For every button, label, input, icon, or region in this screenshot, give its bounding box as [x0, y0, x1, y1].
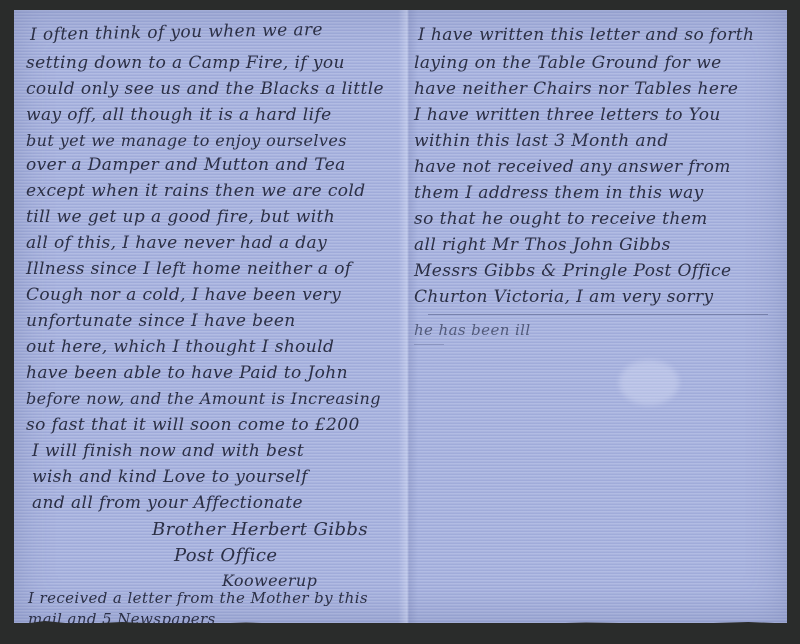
postscript-line-2: mail and 5 Newspapers — [28, 610, 216, 628]
right-line-4: I have written three letters to You — [414, 105, 721, 125]
right-line-11: Churton Victoria, I am very sorry — [414, 287, 714, 307]
ruled-divider — [428, 314, 768, 315]
right-line-5: within this last 3 Month and — [414, 131, 669, 151]
right-line-2-text: laying on the Table Ground for we — [414, 53, 722, 73]
left-line-1: I often think of you when we are — [30, 20, 323, 45]
right-line-7: them I address them in this way — [414, 183, 704, 203]
left-line-6: over a Damper and Mutton and Tea — [26, 155, 346, 175]
signature-address-2: Kooweerup — [222, 571, 317, 590]
left-line-3: could only see us and the Blacks a littl… — [26, 79, 384, 99]
letter-paper: I often think of you when we are setting… — [14, 10, 787, 623]
right-line-2: laying on the Table Ground for we — [414, 53, 722, 73]
left-line-2: setting down to a Camp Fire, if you — [26, 53, 345, 73]
left-line-11: Cough nor a cold, I have been very — [26, 285, 341, 305]
left-line-16: so fast that it will soon come to £200 — [26, 415, 360, 435]
center-fold — [398, 10, 418, 623]
left-line-14: have been able to have Paid to John — [26, 363, 348, 383]
left-line-9: all of this, I have never had a day — [26, 233, 327, 253]
signature-closing: Brother Herbert Gibbs — [152, 519, 368, 540]
right-line-12: he has been ill — [414, 321, 531, 339]
left-line-18: wish and kind Love to yourself — [32, 467, 308, 487]
left-line-13: out here, which I thought I should — [26, 337, 334, 357]
right-line-9: all right Mr Thos John Gibbs — [414, 235, 671, 255]
right-line-6: have not received any answer from — [414, 157, 731, 177]
right-line-1: I have written this letter and so forth — [418, 25, 754, 45]
ruled-dash — [414, 344, 444, 345]
left-line-4: way off, all though it is a hard life — [26, 105, 332, 125]
right-line-8: so that he ought to receive them — [414, 209, 708, 229]
paper-stain — [619, 360, 679, 405]
left-line-17: I will finish now and with best — [32, 441, 304, 461]
right-line-10: Messrs Gibbs & Pringle Post Office — [414, 261, 731, 281]
left-line-5: but yet we manage to enjoy ourselves — [26, 131, 347, 150]
left-line-19: and all from your Affectionate — [32, 493, 303, 513]
right-line-3: have neither Chairs nor Tables here — [414, 79, 738, 99]
signature-address-1: Post Office — [174, 545, 277, 566]
left-line-10: Illness since I left home neither a of — [26, 259, 352, 279]
left-line-7: except when it rains then we are cold — [26, 181, 366, 201]
left-line-15: before now, and the Amount is Increasing — [26, 389, 381, 408]
left-line-8: till we get up a good fire, but with — [26, 207, 335, 227]
left-line-12: unfortunate since I have been — [26, 311, 296, 331]
postscript-line-1: I received a letter from the Mother by t… — [28, 589, 368, 607]
